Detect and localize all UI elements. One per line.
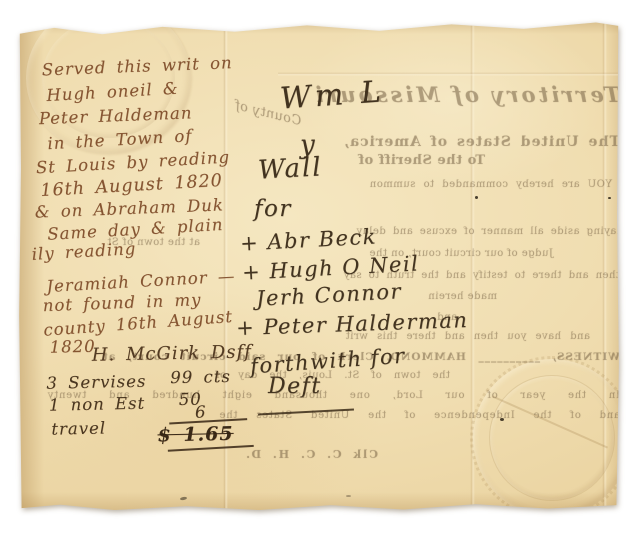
caption-line: for xyxy=(254,196,292,222)
paper-sheet: Territory of Missouri County of The Unit… xyxy=(18,20,620,512)
caption-line: Wall xyxy=(257,152,323,185)
caption-line: Jerh Connor xyxy=(255,279,402,311)
ink-speck xyxy=(608,197,611,199)
paper-wrapper: Territory of Missouri County of The Unit… xyxy=(0,0,640,536)
caption-line: Wm L xyxy=(279,74,386,116)
flourish-dash xyxy=(258,408,354,415)
caption-line: Deft xyxy=(268,374,322,399)
case-caption: Wm L y Wall for + Abr Beck + Hugh O Neil… xyxy=(18,20,620,512)
caption-line: + Peter Halderman xyxy=(236,308,469,340)
ink-speck xyxy=(475,196,478,199)
scan-background: Territory of Missouri County of The Unit… xyxy=(0,0,640,536)
ink-speck xyxy=(500,418,504,421)
ink-speck xyxy=(346,495,351,497)
caption-line: + Abr Beck xyxy=(239,224,377,255)
